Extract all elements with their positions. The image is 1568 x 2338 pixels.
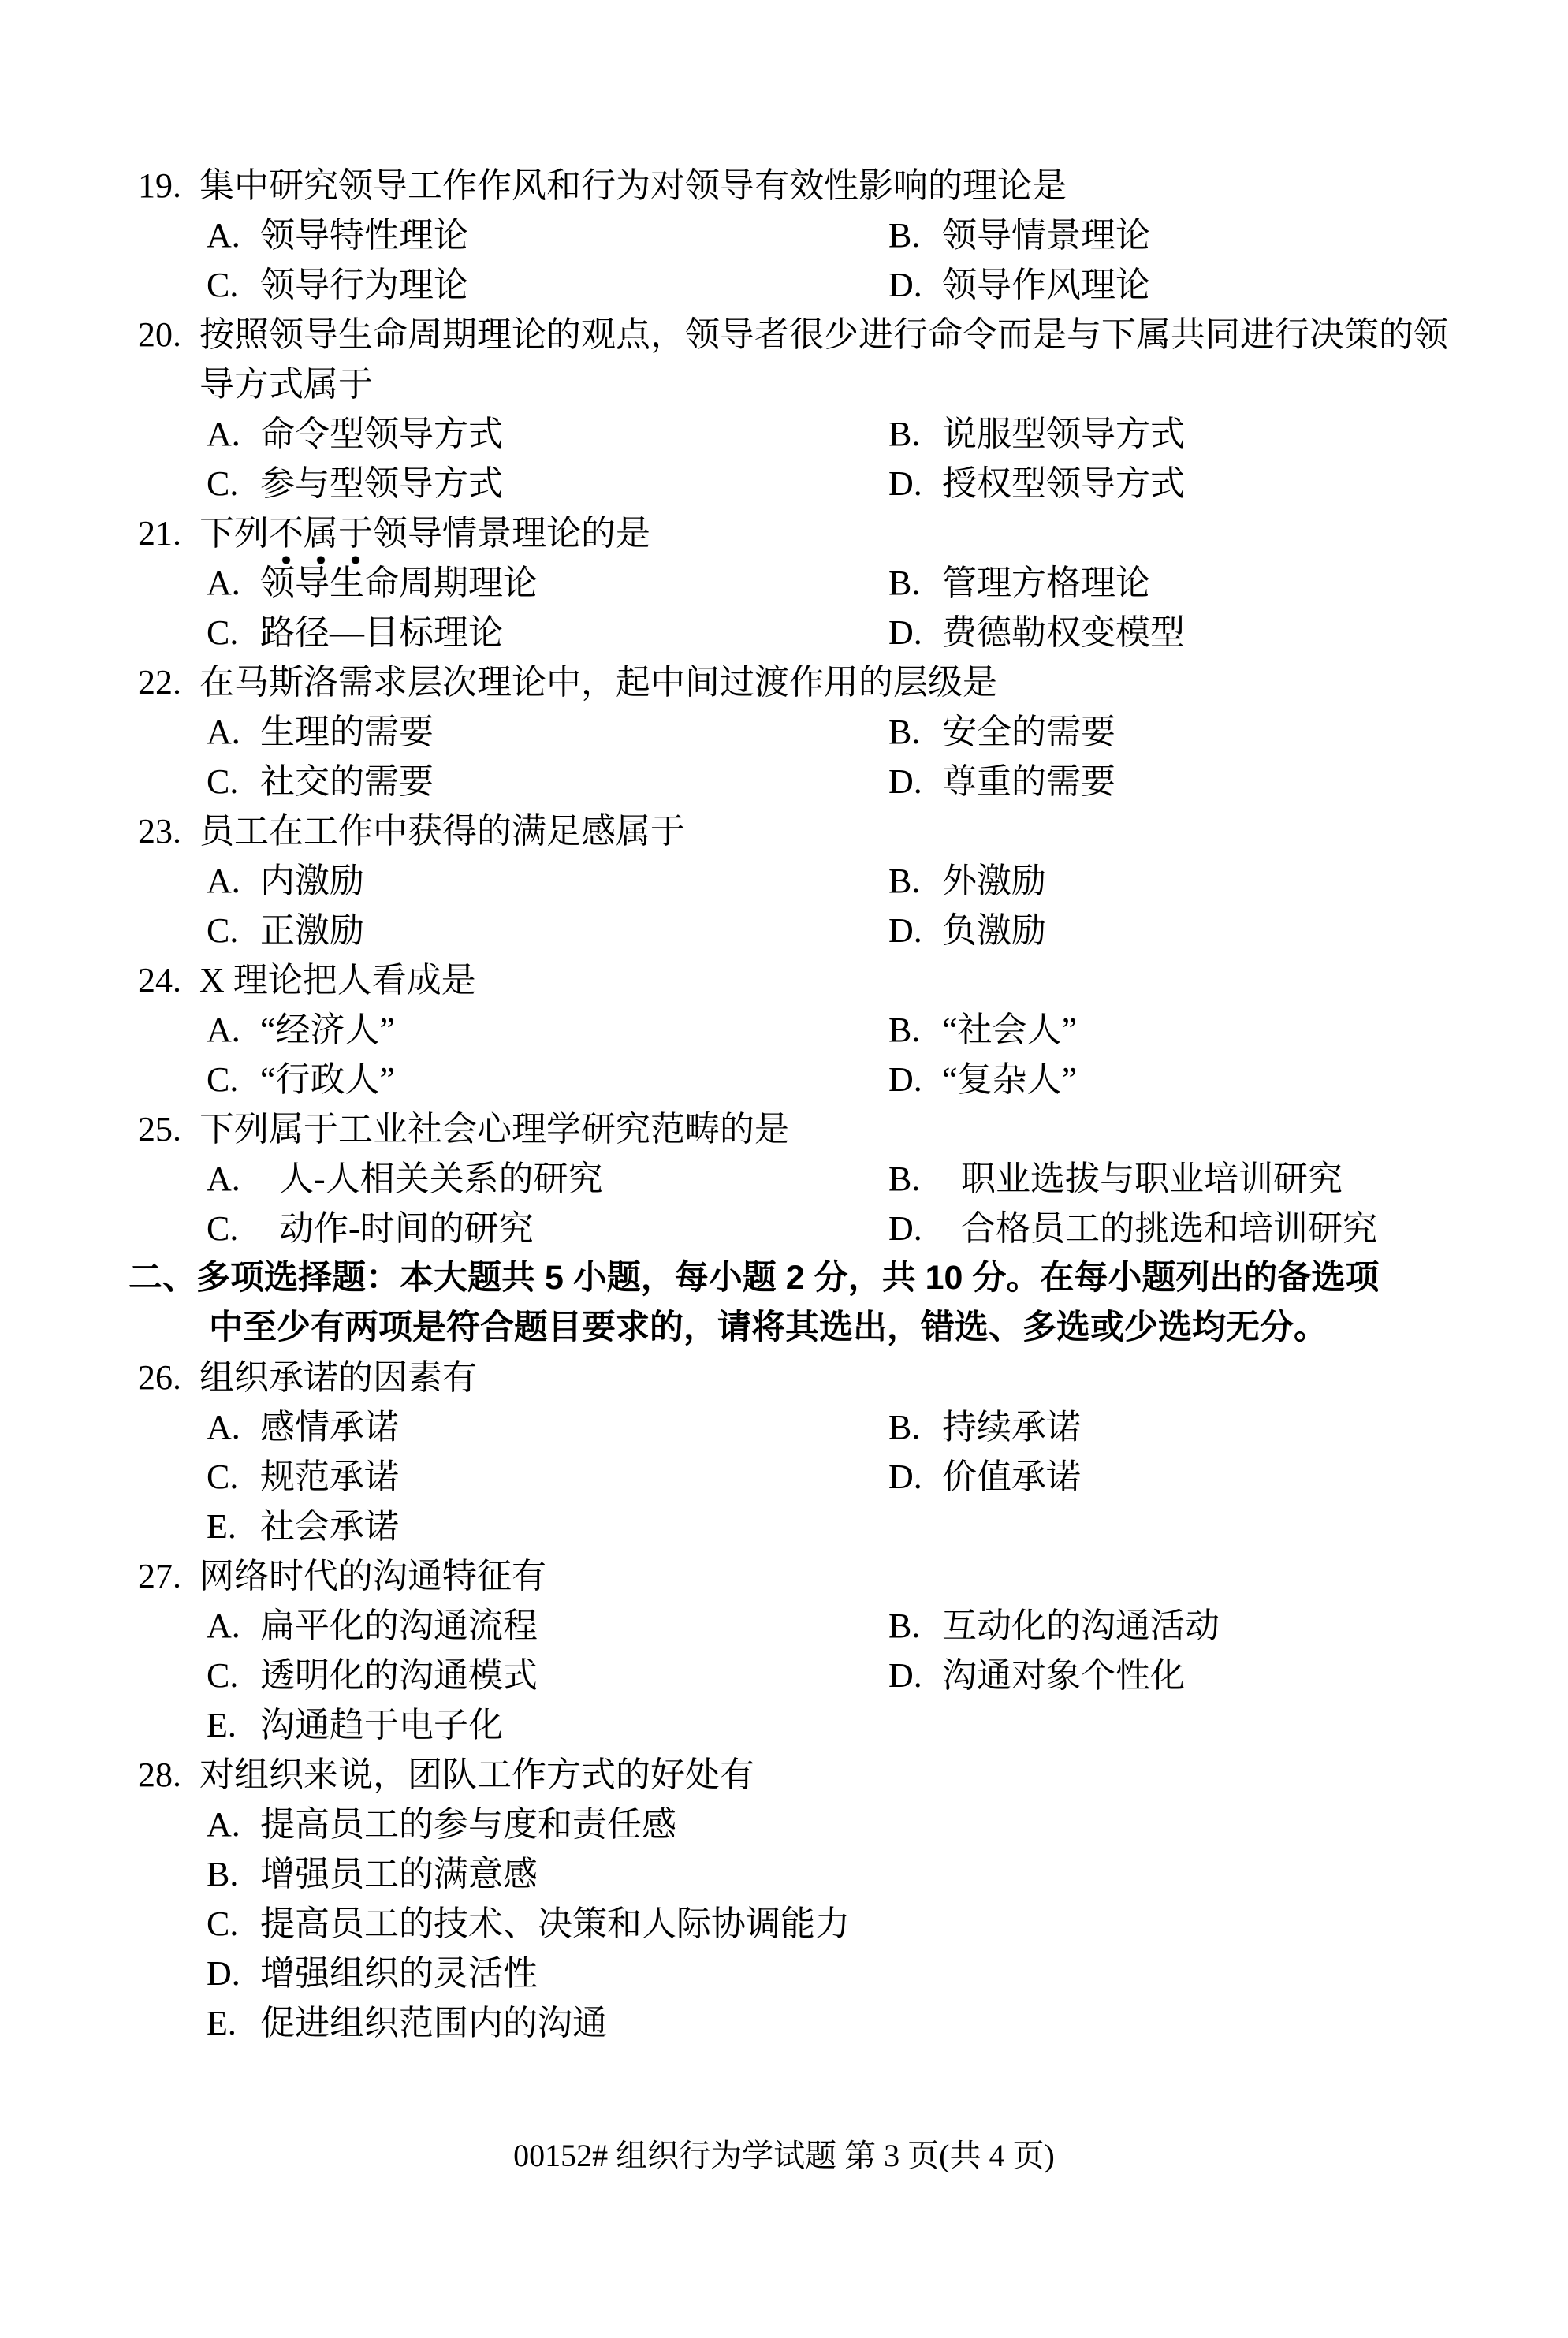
- option-label: B.: [888, 707, 925, 757]
- option-text: 职业选拔与职业培训研究: [961, 1154, 1343, 1204]
- section-2-header: 二、多项选择题：本大题共 5 小题，每小题 2 分，共 10 分。在每小题列出的…: [128, 1253, 1395, 1353]
- options-row: C. 路径—目标理论 D. 费德勒权变模型: [138, 608, 1478, 657]
- option-text: 提高员工的技术、决策和人际协调能力: [260, 1899, 850, 1949]
- options-row: D. 增强组织的灵活性: [138, 1949, 1478, 1998]
- question-number: 25.: [138, 1104, 199, 1154]
- option-text: 沟通对象个性化: [942, 1651, 1185, 1700]
- option: C. 领导行为理论: [207, 260, 888, 310]
- option-text: 规范承诺: [260, 1452, 399, 1502]
- option: B. 说服型领导方式: [888, 409, 1568, 459]
- option: D. 尊重的需要: [888, 757, 1568, 806]
- option: B. 增强员工的满意感: [207, 1849, 538, 1899]
- question-number: 28.: [138, 1750, 199, 1800]
- question-text: 按照领导生命周期理论的观点，领导者很少进行命令而是与下属共同进行决策的领导方式属…: [199, 310, 1461, 409]
- option-label: D.: [888, 757, 925, 806]
- option-text: 安全的需要: [942, 707, 1115, 757]
- option-text: “行政人”: [260, 1055, 395, 1104]
- option-text: 透明化的沟通模式: [260, 1651, 538, 1700]
- option-label: D.: [888, 1452, 925, 1502]
- option: C. 路径—目标理论: [207, 608, 888, 657]
- option-label: C.: [207, 757, 243, 806]
- option-label: C.: [207, 1204, 243, 1253]
- question-28: 28. 对组织来说，团队工作方式的好处有 A. 提高员工的参与度和责任感 B. …: [138, 1750, 1478, 2048]
- option-text: 增强组织的灵活性: [260, 1949, 538, 1998]
- options-row: C. 领导行为理论 D. 领导作风理论: [138, 260, 1478, 310]
- option-label: B.: [207, 1849, 243, 1899]
- option-text: 领导行为理论: [260, 260, 468, 310]
- option-label: B.: [888, 409, 925, 459]
- option-label: C.: [207, 260, 243, 310]
- option: B. 职业选拔与职业培训研究: [888, 1154, 1568, 1204]
- question-25: 25. 下列属于工业社会心理学研究范畴的是 A. 人-人相关关系的研究 B. 职…: [138, 1104, 1478, 1253]
- option: B. 外激励: [888, 856, 1568, 906]
- option-label: C.: [207, 906, 243, 955]
- question-text-segment: 领导情景理论的是: [373, 514, 650, 553]
- question-21: 21. 下列不属于领导情景理论的是 A. 领导生命周期理论 B. 管理方格理论 …: [138, 508, 1478, 657]
- option-label: A.: [207, 409, 243, 459]
- option: C. 动作-时间的研究: [207, 1204, 888, 1253]
- option-text: 人-人相关关系的研究: [279, 1154, 603, 1204]
- page-footer: 00152# 组织行为学试题 第 3 页(共 4 页): [0, 2132, 1568, 2180]
- option-label: A.: [207, 210, 243, 260]
- question-text: X 理论把人看成是: [199, 955, 476, 1005]
- option-text: 促进组织范围内的沟通: [260, 1998, 607, 2048]
- option: A. 领导生命周期理论: [207, 558, 888, 608]
- option-text: 路径—目标理论: [260, 608, 503, 657]
- option-text: “社会人”: [942, 1005, 1077, 1055]
- option-label: B.: [888, 1402, 925, 1452]
- option-label: D.: [207, 1949, 243, 1998]
- question-19: 19. 集中研究领导工作作风和行为对领导有效性影响的理论是 A. 领导特性理论 …: [138, 161, 1478, 310]
- option-label: A.: [207, 1154, 243, 1204]
- question-22: 22. 在马斯洛需求层次理论中，起中间过渡作用的层级是 A. 生理的需要 B. …: [138, 657, 1478, 806]
- option-text: 持续承诺: [942, 1402, 1081, 1452]
- question-text: 对组织来说，团队工作方式的好处有: [199, 1750, 754, 1800]
- option-text: 合格员工的挑选和培训研究: [961, 1204, 1377, 1253]
- option-label: D.: [888, 1651, 925, 1700]
- question-24: 24. X 理论把人看成是 A. “经济人” B. “社会人” C. “行政人”: [138, 955, 1478, 1104]
- option-label: C.: [207, 608, 243, 657]
- option-label: B.: [888, 558, 925, 608]
- question-text: 集中研究领导工作作风和行为对领导有效性影响的理论是: [199, 161, 1067, 210]
- option-label: D.: [888, 1204, 925, 1253]
- option-label: C.: [207, 1651, 243, 1700]
- question-number: 23.: [138, 806, 199, 856]
- option-text: 领导特性理论: [260, 210, 468, 260]
- option-text: 领导生命周期理论: [260, 558, 538, 608]
- option: B. 持续承诺: [888, 1402, 1568, 1452]
- section-instructions: 多项选择题：本大题共 5 小题，每小题 2 分，共 10 分。在每小题列出的备选…: [196, 1259, 1379, 1346]
- options-row: A. 生理的需要 B. 安全的需要: [138, 707, 1478, 757]
- option-text: 负激励: [942, 906, 1046, 955]
- question-number: 20.: [138, 310, 199, 409]
- option: C. “行政人”: [207, 1055, 888, 1104]
- option: E. 沟通趋于电子化: [207, 1700, 503, 1750]
- option-text: 感情承诺: [260, 1402, 399, 1452]
- question-number: 26.: [138, 1353, 199, 1402]
- option-text: 授权型领导方式: [942, 459, 1185, 508]
- option-label: B.: [888, 1005, 925, 1055]
- option: B. 管理方格理论: [888, 558, 1568, 608]
- option-text: 说服型领导方式: [942, 409, 1185, 459]
- options-row: A. 扁平化的沟通流程 B. 互动化的沟通活动: [138, 1601, 1478, 1651]
- options-row: C. 透明化的沟通模式 D. 沟通对象个性化: [138, 1651, 1478, 1700]
- options-row: E. 沟通趋于电子化: [138, 1700, 1478, 1750]
- option-text: 费德勒权变模型: [942, 608, 1185, 657]
- options-row: A. 人-人相关关系的研究 B. 职业选拔与职业培训研究: [138, 1154, 1478, 1204]
- option-text: 正激励: [260, 906, 364, 955]
- options-row: A. 提高员工的参与度和责任感: [138, 1800, 1478, 1849]
- question-text: 下列不属于领导情景理论的是: [199, 508, 650, 558]
- option-label: B.: [888, 1154, 925, 1204]
- option-label: A.: [207, 1402, 243, 1452]
- options-row: B. 增强员工的满意感: [138, 1849, 1478, 1899]
- option-text: 外激励: [942, 856, 1046, 906]
- question-text: 下列属于工业社会心理学研究范畴的是: [199, 1104, 789, 1154]
- option-label: A.: [207, 707, 243, 757]
- question-number: 27.: [138, 1551, 199, 1601]
- option-label: C.: [207, 459, 243, 508]
- options-row: A. “经济人” B. “社会人”: [138, 1005, 1478, 1055]
- option: B. 互动化的沟通活动: [888, 1601, 1568, 1651]
- option-label: B.: [888, 1601, 925, 1651]
- section-marker: 二、: [128, 1259, 196, 1297]
- question-text: 网络时代的沟通特征有: [199, 1551, 546, 1601]
- option-label: A.: [207, 856, 243, 906]
- options-row: C. “行政人” D. “复杂人”: [138, 1055, 1478, 1104]
- option: D. 合格员工的挑选和培训研究: [888, 1204, 1568, 1253]
- option-label: D.: [888, 459, 925, 508]
- option-label: D.: [888, 906, 925, 955]
- option-text: 扁平化的沟通流程: [260, 1601, 538, 1651]
- option-label: B.: [888, 856, 925, 906]
- option-label: D.: [888, 608, 925, 657]
- option-text: 参与型领导方式: [260, 459, 503, 508]
- options-row: E. 促进组织范围内的沟通: [138, 1998, 1478, 2048]
- option-text: 管理方格理论: [942, 558, 1150, 608]
- option: A. 扁平化的沟通流程: [207, 1601, 888, 1651]
- option: A. 领导特性理论: [207, 210, 888, 260]
- option-label: E.: [207, 1998, 243, 2048]
- option: A. 内激励: [207, 856, 888, 906]
- question-text-segment: 下列: [199, 514, 269, 553]
- question-text: 在马斯洛需求层次理论中，起中间过渡作用的层级是: [199, 657, 997, 707]
- question-number: 24.: [138, 955, 199, 1005]
- question-20: 20. 按照领导生命周期理论的观点，领导者很少进行命令而是与下属共同进行决策的领…: [138, 310, 1478, 508]
- option-text: “复杂人”: [942, 1055, 1077, 1104]
- option-label: C.: [207, 1452, 243, 1502]
- options-row: C. 提高员工的技术、决策和人际协调能力: [138, 1899, 1478, 1949]
- option-label: D.: [888, 260, 925, 310]
- option-text: 提高员工的参与度和责任感: [260, 1800, 676, 1849]
- question-text: 员工在工作中获得的满足感属于: [199, 806, 685, 856]
- options-row: C. 正激励 D. 负激励: [138, 906, 1478, 955]
- option: A. “经济人”: [207, 1005, 888, 1055]
- option-text: 命令型领导方式: [260, 409, 503, 459]
- option: C. 提高员工的技术、决策和人际协调能力: [207, 1899, 850, 1949]
- option: D. 价值承诺: [888, 1452, 1568, 1502]
- option: D. 领导作风理论: [888, 260, 1568, 310]
- options-row: C. 动作-时间的研究 D. 合格员工的挑选和培训研究: [138, 1204, 1478, 1253]
- option: C. 社交的需要: [207, 757, 888, 806]
- option-label: A.: [207, 1601, 243, 1651]
- options-row: A. 内激励 B. 外激励: [138, 856, 1478, 906]
- question-23: 23. 员工在工作中获得的满足感属于 A. 内激励 B. 外激励 C. 正激励: [138, 806, 1478, 955]
- options-row: C. 社交的需要 D. 尊重的需要: [138, 757, 1478, 806]
- option: C. 透明化的沟通模式: [207, 1651, 888, 1700]
- question-number: 19.: [138, 161, 199, 210]
- option: D. 费德勒权变模型: [888, 608, 1568, 657]
- option-text: 领导作风理论: [942, 260, 1150, 310]
- option-text: 社交的需要: [260, 757, 434, 806]
- question-26: 26. 组织承诺的因素有 A. 感情承诺 B. 持续承诺 C. 规范承诺: [138, 1353, 1478, 1551]
- options-row: A. 感情承诺 B. 持续承诺: [138, 1402, 1478, 1452]
- option: A. 人-人相关关系的研究: [207, 1154, 888, 1204]
- option-label: A.: [207, 1800, 243, 1849]
- option-text: 内激励: [260, 856, 364, 906]
- option: A. 感情承诺: [207, 1402, 888, 1452]
- option-label: A.: [207, 1005, 243, 1055]
- option: C. 规范承诺: [207, 1452, 888, 1502]
- option: E. 社会承诺: [207, 1502, 399, 1551]
- options-row: A. 领导特性理论 B. 领导情景理论: [138, 210, 1478, 260]
- options-row: C. 参与型领导方式 D. 授权型领导方式: [138, 459, 1478, 508]
- option-label: A.: [207, 558, 243, 608]
- option: B. 领导情景理论: [888, 210, 1568, 260]
- options-row: A. 领导生命周期理论 B. 管理方格理论: [138, 558, 1478, 608]
- option-text: 生理的需要: [260, 707, 434, 757]
- option: B. 安全的需要: [888, 707, 1568, 757]
- option-text: “经济人”: [260, 1005, 395, 1055]
- question-number: 21.: [138, 508, 199, 558]
- option-label: C.: [207, 1055, 243, 1104]
- option: A. 提高员工的参与度和责任感: [207, 1800, 676, 1849]
- option-text: 动作-时间的研究: [279, 1204, 534, 1253]
- option-text: 沟通趋于电子化: [260, 1700, 503, 1750]
- option-text: 增强员工的满意感: [260, 1849, 538, 1899]
- question-text: 组织承诺的因素有: [199, 1353, 477, 1402]
- option: D. 增强组织的灵活性: [207, 1949, 538, 1998]
- option: C. 参与型领导方式: [207, 459, 888, 508]
- option: A. 生理的需要: [207, 707, 888, 757]
- options-row: C. 规范承诺 D. 价值承诺: [138, 1452, 1478, 1502]
- option-text: 互动化的沟通活动: [942, 1601, 1220, 1651]
- option: D. 沟通对象个性化: [888, 1651, 1568, 1700]
- option-text: 价值承诺: [942, 1452, 1081, 1502]
- option-label: C.: [207, 1899, 243, 1949]
- option: D. 负激励: [888, 906, 1568, 955]
- option-text: 领导情景理论: [942, 210, 1150, 260]
- question-number: 22.: [138, 657, 199, 707]
- option-label: E.: [207, 1502, 243, 1551]
- option: C. 正激励: [207, 906, 888, 955]
- option: E. 促进组织范围内的沟通: [207, 1998, 607, 2048]
- option-text: 社会承诺: [260, 1502, 399, 1551]
- option-label: B.: [888, 210, 925, 260]
- exam-content: 19. 集中研究领导工作作风和行为对领导有效性影响的理论是 A. 领导特性理论 …: [138, 161, 1478, 2048]
- option: D. “复杂人”: [888, 1055, 1568, 1104]
- option-label: E.: [207, 1700, 243, 1750]
- question-27: 27. 网络时代的沟通特征有 A. 扁平化的沟通流程 B. 互动化的沟通活动 C…: [138, 1551, 1478, 1750]
- exam-page: 19. 集中研究领导工作作风和行为对领导有效性影响的理论是 A. 领导特性理论 …: [0, 0, 1568, 2338]
- option-text: 尊重的需要: [942, 757, 1115, 806]
- options-row: A. 命令型领导方式 B. 说服型领导方式: [138, 409, 1478, 459]
- option-label: D.: [888, 1055, 925, 1104]
- option: A. 命令型领导方式: [207, 409, 888, 459]
- option: D. 授权型领导方式: [888, 459, 1568, 508]
- option: B. “社会人”: [888, 1005, 1568, 1055]
- options-row: E. 社会承诺: [138, 1502, 1478, 1551]
